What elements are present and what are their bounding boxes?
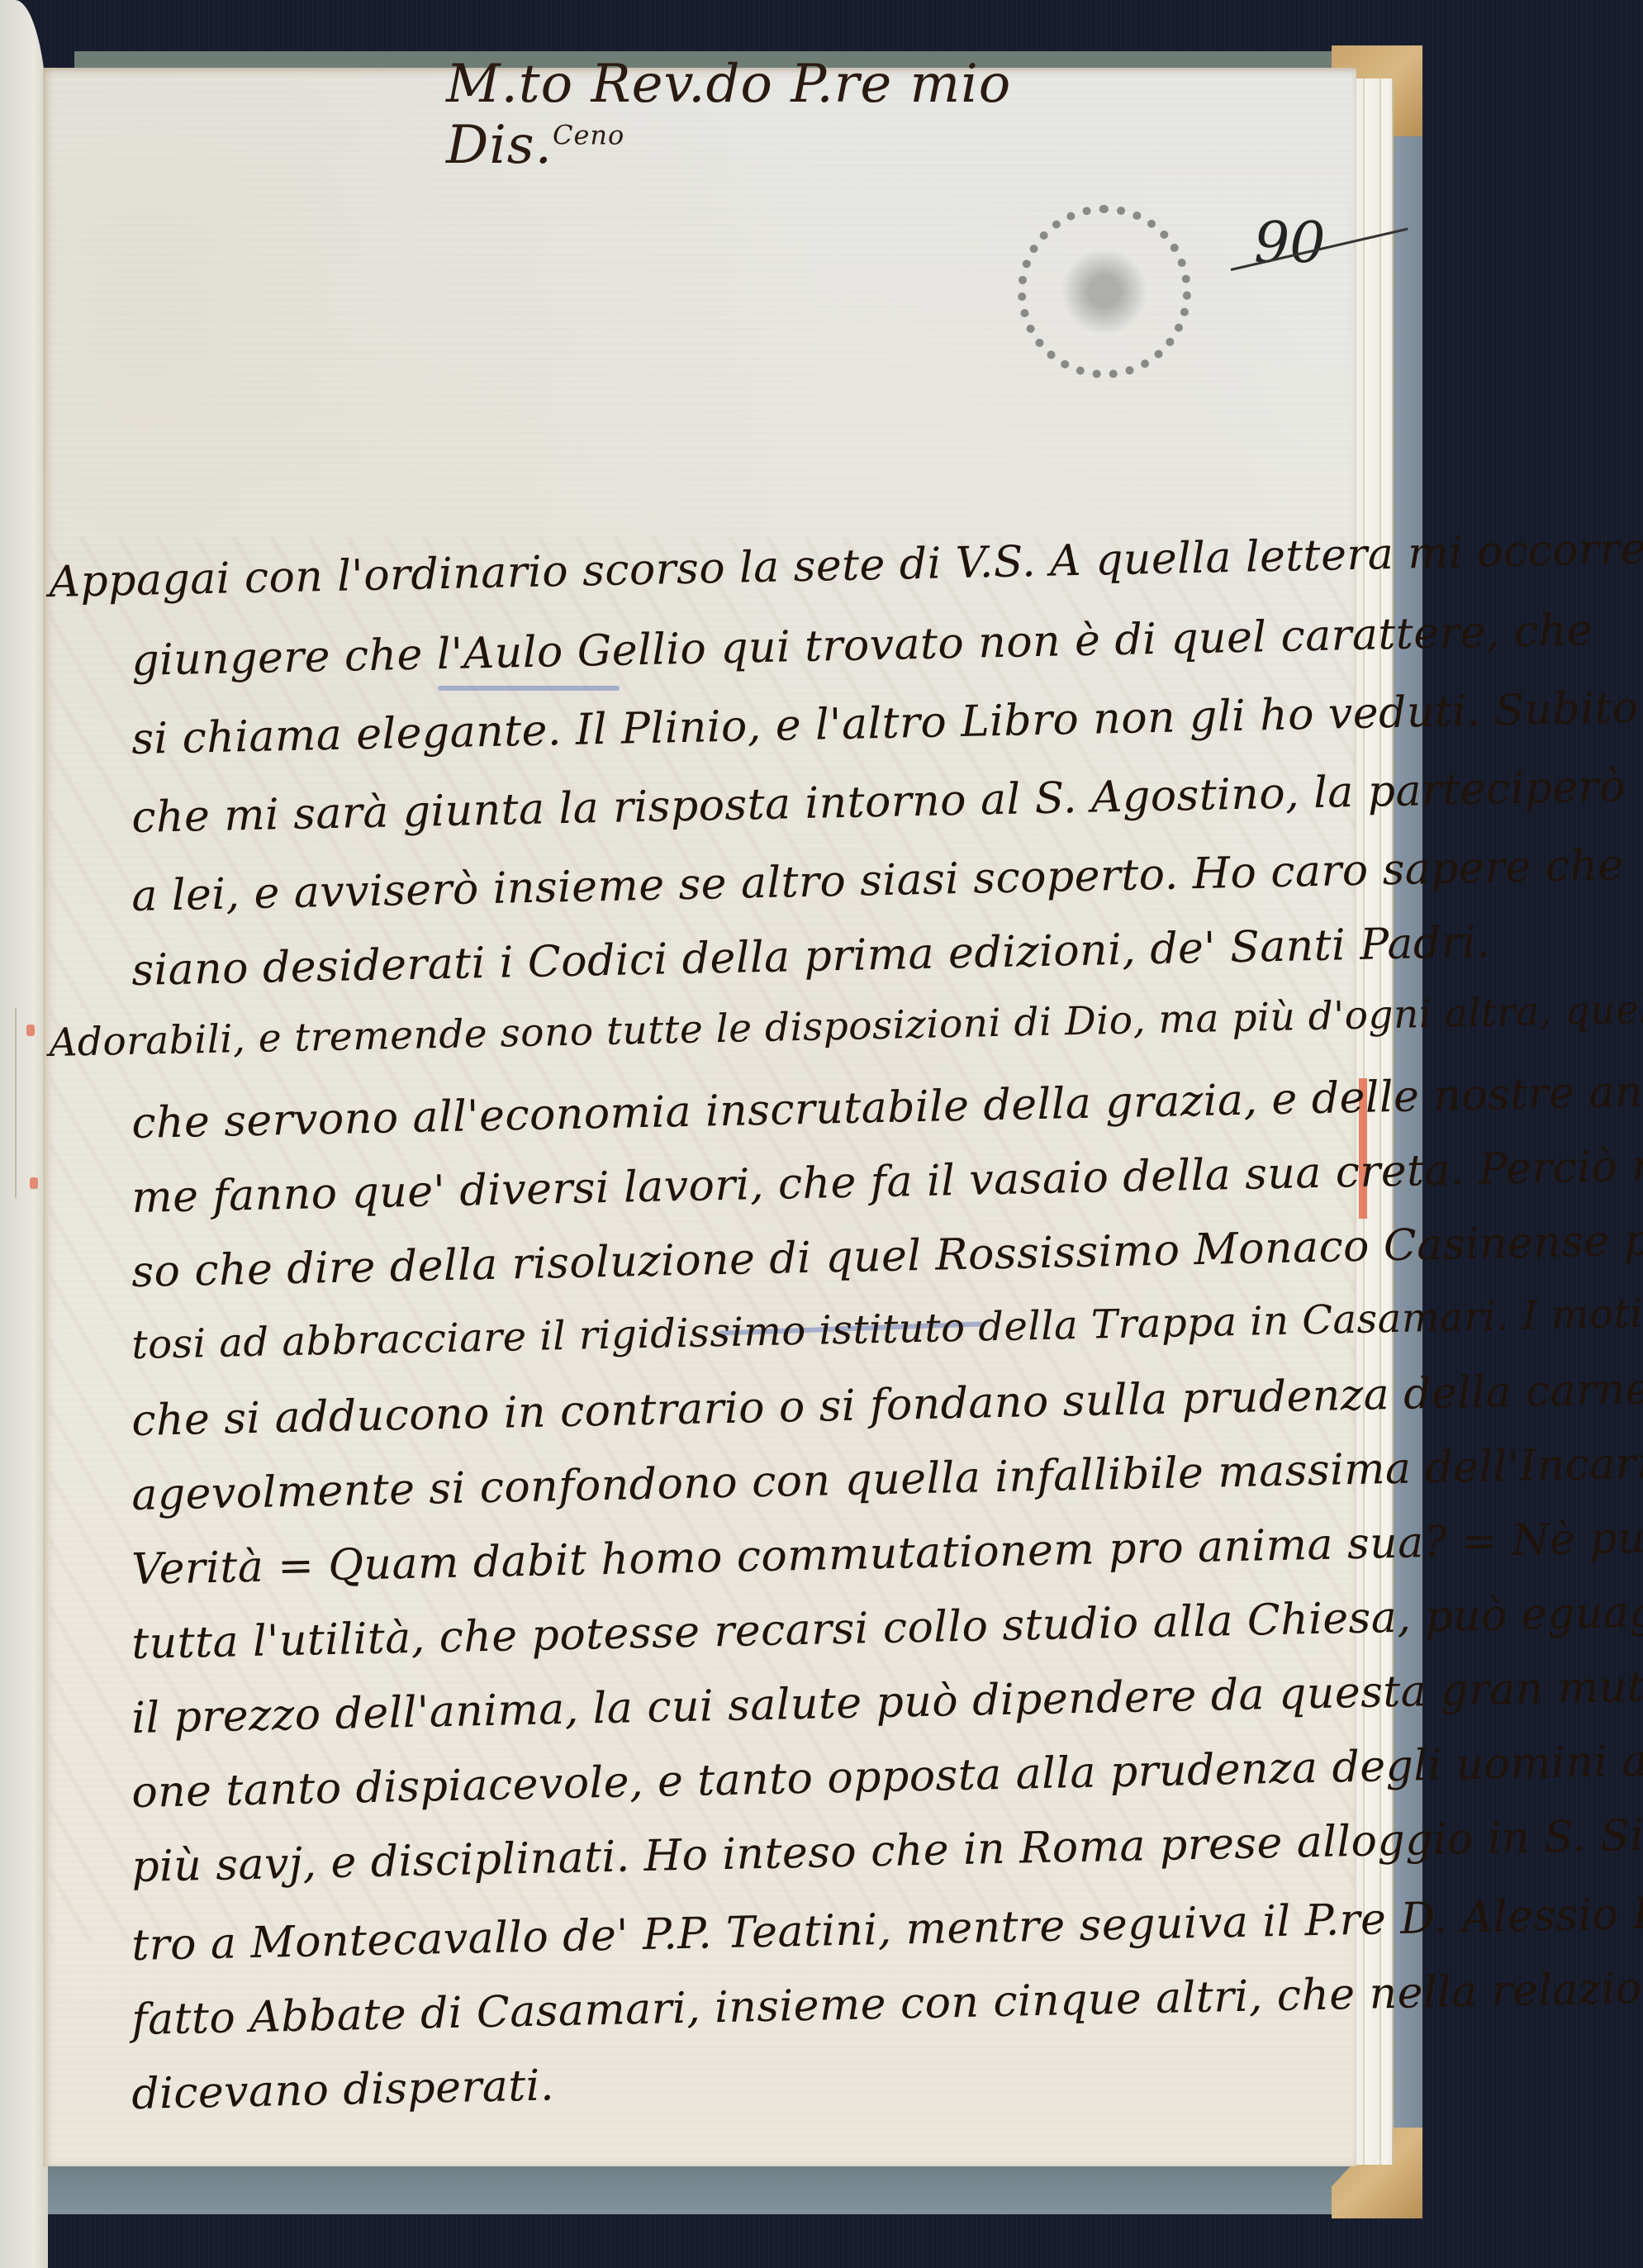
blue-pencil-mark: [438, 686, 620, 691]
facing-page-edge: [0, 0, 48, 2268]
red-mark: [30, 1177, 38, 1189]
salutation: M.to Rev.do P.re mio Dis.Ceno: [446, 54, 1041, 176]
salutation-superscript: Ceno: [553, 120, 624, 151]
letter-line: dicevano disperati.: [131, 2061, 555, 2119]
salutation-text: M.to Rev.do P.re mio Dis.: [446, 54, 1011, 176]
stamp-center: [1059, 250, 1150, 333]
archive-stamp-icon: [1018, 205, 1191, 378]
red-mark: [26, 1025, 35, 1036]
folio-number: 90: [1254, 211, 1326, 276]
left-page-strip: [15, 1008, 38, 1198]
binding-board-bottom: [33, 2165, 1422, 2214]
